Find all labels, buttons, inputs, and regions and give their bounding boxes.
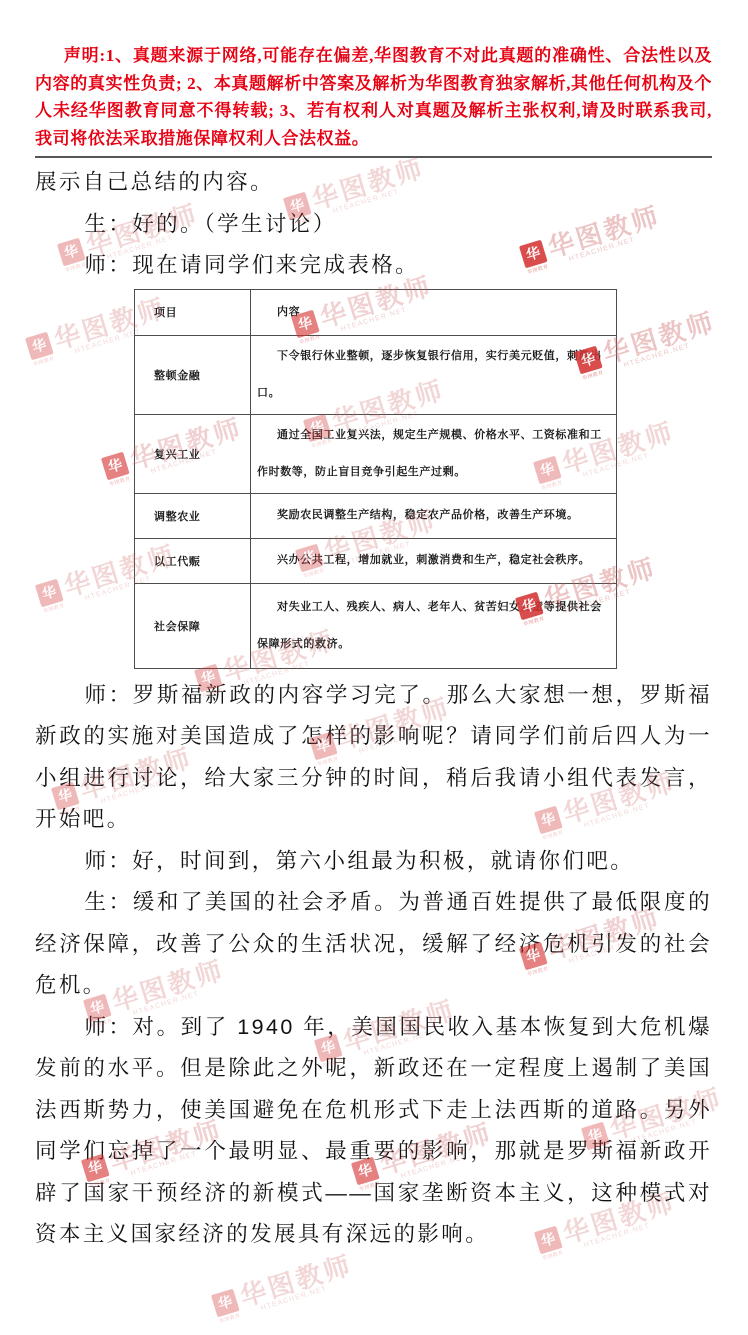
document-content: 声明:1、真题来源于网络,可能存在偏差,华图教育不对此真题的准确性、合法性以及内… bbox=[0, 0, 748, 1335]
paragraph: 师：罗斯福新政的内容学习完了。那么大家想一想，罗斯福新政的实施对美国造成了怎样的… bbox=[35, 675, 712, 841]
table-row: 整顿金融 下令银行休业整顿，逐步恢复银行信用，实行美元贬值，刺激出口。 bbox=[135, 335, 617, 414]
paragraph: 师：现在请同学们来完成表格。 bbox=[35, 245, 712, 287]
table-row: 调整农业 奖励农民调整生产结构，稳定农产品价格，改善生产环境。 bbox=[135, 493, 617, 538]
table-row: 社会保障 对失业工人、残疾人、病人、老年人、贫苦妇女儿童等提供社会保障形式的救济… bbox=[135, 583, 617, 668]
paragraph: 师：好，时间到，第六小组最为积极，就请你们吧。 bbox=[35, 841, 712, 883]
table-cell-item: 复兴工业 bbox=[135, 414, 251, 493]
divider-line bbox=[35, 156, 712, 158]
table-header-row: 项目 内容 bbox=[135, 289, 617, 335]
table-cell-content: 下令银行休业整顿，逐步恢复银行信用，实行美元贬值，刺激出口。 bbox=[251, 335, 617, 414]
disclaimer-label: 声明: bbox=[64, 46, 106, 65]
table-cell-item: 调整农业 bbox=[135, 493, 251, 538]
body-text: 展示自己总结的内容。 生：好的。（学生讨论） 师：现在请同学们来完成表格。 项目… bbox=[35, 162, 712, 1256]
table-cell-content: 兴办公共工程，增加就业，刺激消费和生产，稳定社会秩序。 bbox=[251, 538, 617, 583]
table-cell-content: 通过全国工业复兴法，规定生产规模、价格水平、工资标准和工作时数等，防止盲目竞争引… bbox=[251, 414, 617, 493]
newdeal-table: 项目 内容 整顿金融 下令银行休业整顿，逐步恢复银行信用，实行美元贬值，刺激出口… bbox=[134, 289, 617, 669]
disclaimer-body: 1、真题来源于网络,可能存在偏差,华图教育不对此真题的准确性、合法性以及内容的真… bbox=[35, 46, 712, 148]
table-row: 复兴工业 通过全国工业复兴法，规定生产规模、价格水平、工资标准和工作时数等，防止… bbox=[135, 414, 617, 493]
paragraph: 展示自己总结的内容。 bbox=[35, 162, 712, 204]
table-row: 以工代赈 兴办公共工程，增加就业，刺激消费和生产，稳定社会秩序。 bbox=[135, 538, 617, 583]
table-cell-item: 整顿金融 bbox=[135, 335, 251, 414]
table-header-content: 内容 bbox=[251, 289, 617, 335]
paragraph: 生：好的。（学生讨论） bbox=[35, 204, 712, 246]
table-cell-content: 对失业工人、残疾人、病人、老年人、贫苦妇女儿童等提供社会保障形式的救济。 bbox=[251, 583, 617, 668]
paragraph: 师：对。到了 1940 年，美国国民收入基本恢复到大危机爆发前的水平。但是除此之… bbox=[35, 1007, 712, 1256]
table-cell-item: 社会保障 bbox=[135, 583, 251, 668]
disclaimer-text: 声明:1、真题来源于网络,可能存在偏差,华图教育不对此真题的准确性、合法性以及内… bbox=[35, 42, 712, 152]
document-page: 声明:1、真题来源于网络,可能存在偏差,华图教育不对此真题的准确性、合法性以及内… bbox=[0, 0, 748, 1335]
paragraph: 生：缓和了美国的社会矛盾。为普通百姓提供了最低限度的经济保障，改善了公众的生活状… bbox=[35, 882, 712, 1007]
table-cell-content: 奖励农民调整生产结构，稳定农产品价格，改善生产环境。 bbox=[251, 493, 617, 538]
table-cell-item: 以工代赈 bbox=[135, 538, 251, 583]
table-header-item: 项目 bbox=[135, 289, 251, 335]
